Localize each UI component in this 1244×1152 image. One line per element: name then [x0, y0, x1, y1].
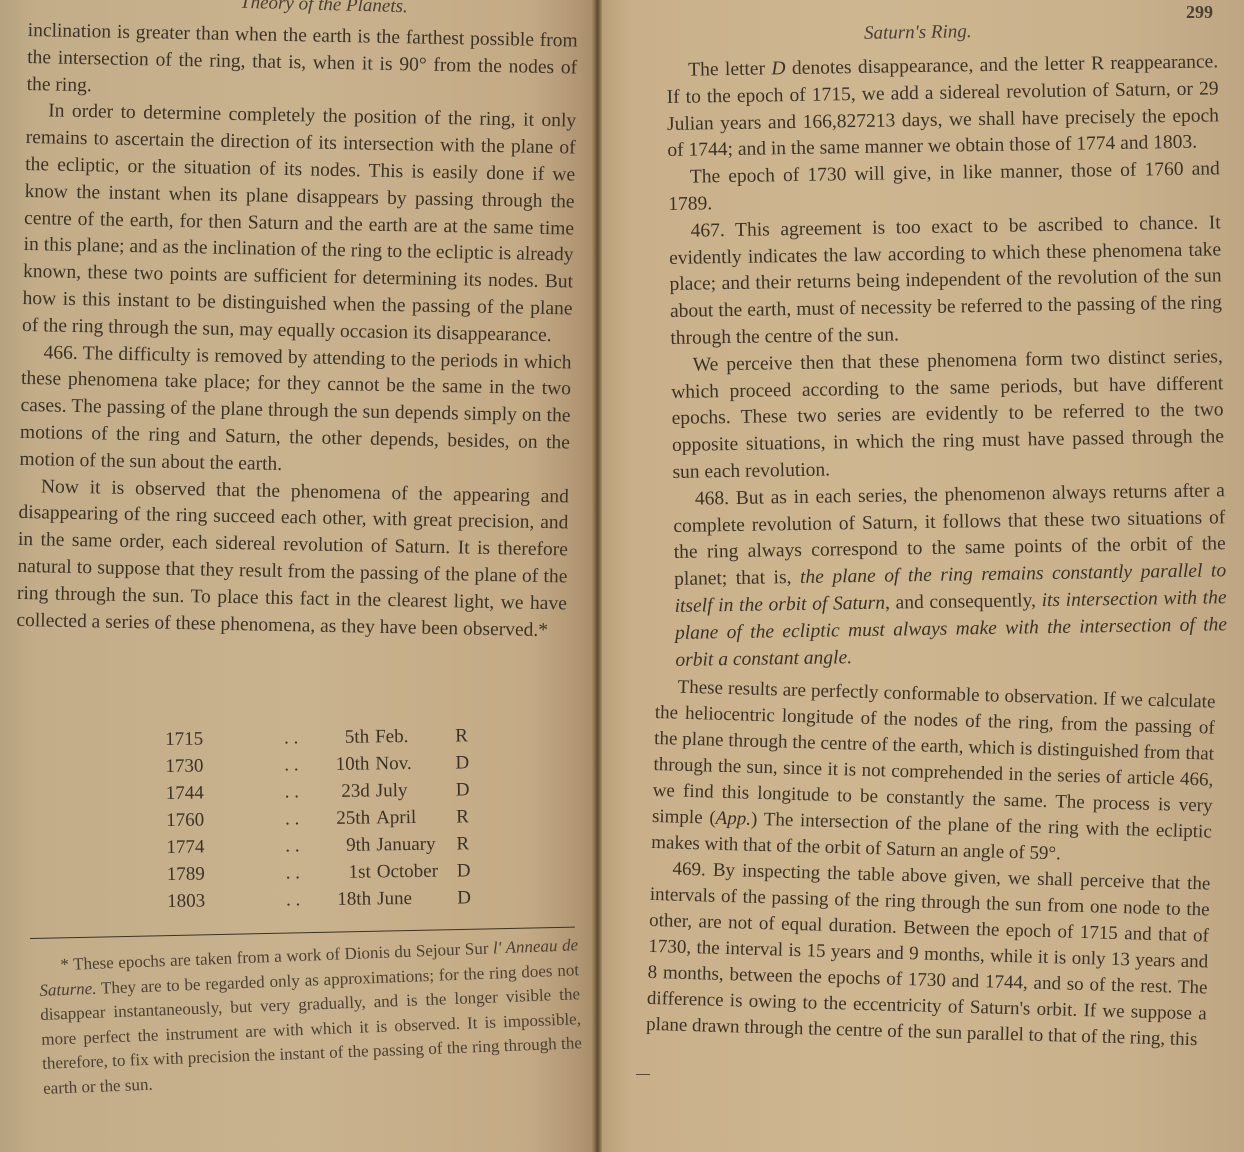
year-cell: 1715 — [165, 725, 265, 753]
month-cell: April — [376, 803, 456, 831]
day-cell: 1st — [319, 858, 377, 886]
table-row: 1760 . . 25th April R — [166, 803, 486, 834]
phenomenon-cell: D — [456, 776, 486, 803]
phenomenon-cell: D — [457, 857, 487, 884]
leader-dots: . . — [265, 751, 317, 779]
month-cell: October — [377, 857, 457, 885]
year-cell: 1774 — [166, 833, 266, 861]
leader-dots: . . — [265, 724, 317, 752]
right-body-text-lower: These results are perfectly conformable … — [646, 674, 1216, 1053]
paragraph-results: These results are perfectly conformable … — [651, 674, 1216, 872]
year-cell: 1789 — [167, 860, 267, 888]
table-row: 1730 . . 10th Nov. D — [165, 749, 485, 780]
paragraph-two-series: We perceive then that these phenomena fo… — [671, 344, 1225, 487]
italic-run: App. — [715, 808, 751, 830]
year-cell: 1803 — [167, 887, 267, 915]
footnote: * These epochs are taken from a work of … — [38, 933, 583, 1101]
day-cell: 5th — [317, 723, 375, 751]
paragraph-continued: inclination is greater than when the ear… — [26, 18, 577, 109]
phenomenon-cell: R — [456, 803, 486, 830]
left-body-text: inclination is greater than when the ear… — [16, 18, 578, 645]
phenomenon-cell: R — [455, 722, 485, 749]
leader-dots: . . — [267, 886, 319, 914]
month-cell: January — [376, 830, 456, 858]
month-cell: June — [377, 884, 457, 912]
book-spread: Theory of the Planets. inclination is gr… — [0, 0, 1244, 1152]
epoch-table: 1715 . . 5th Feb. R 1730 . . 10th Nov. D… — [165, 722, 487, 915]
leader-dots: . . — [266, 805, 318, 833]
table-row: 1715 . . 5th Feb. R — [165, 722, 485, 753]
day-cell: 10th — [317, 750, 375, 778]
paragraph-468: 468. But as in each series, the phenomen… — [673, 478, 1228, 674]
month-cell: July — [376, 776, 456, 804]
table-row: 1789 . . 1st October D — [167, 857, 487, 888]
paragraph-466: 466. The difficulty is removed by attend… — [19, 340, 571, 485]
day-cell: 23d — [318, 777, 376, 805]
leader-dots: . . — [266, 778, 318, 806]
right-body-text: The letter D denotes disappearance, and … — [666, 49, 1228, 674]
year-cell: 1744 — [166, 779, 266, 807]
text-run: , and consequently, — [885, 590, 1042, 613]
month-cell: Feb. — [375, 722, 455, 750]
book-gutter — [592, 0, 602, 1152]
phenomenon-cell: R — [456, 830, 486, 857]
paragraph-469: 469. By inspecting the table above given… — [646, 856, 1211, 1054]
margin-mark — [636, 1074, 650, 1075]
left-page: Theory of the Planets. inclination is gr… — [0, 0, 598, 1152]
text-run: These results are perfectly conformable … — [652, 677, 1216, 829]
text-run: The letter — [688, 58, 772, 80]
right-running-head: Saturn's Ring. — [864, 21, 972, 45]
month-cell: Nov. — [375, 749, 455, 777]
left-running-head: Theory of the Planets. — [240, 0, 408, 18]
day-cell: 9th — [318, 831, 376, 859]
paragraph-letter-key: The letter D denotes disappearance, and … — [666, 49, 1220, 165]
table-row: 1744 . . 23d July D — [166, 776, 486, 807]
paragraph-observation: Now it is observed that the phenomena of… — [16, 473, 569, 644]
phenomenon-cell: D — [455, 749, 485, 776]
right-page: Saturn's Ring. 299 The letter D denotes … — [600, 0, 1244, 1152]
day-cell: 18th — [319, 885, 377, 913]
leader-dots: . . — [266, 832, 318, 860]
footnote-text-end: They are to be regarded only as approxim… — [40, 960, 582, 1098]
table-row: 1803 . . 18th June D — [167, 884, 487, 915]
day-cell: 25th — [318, 804, 376, 832]
year-cell: 1760 — [166, 806, 266, 834]
paragraph-467: 467. This agreement is too exact to be a… — [669, 210, 1223, 353]
italic-run: D — [771, 58, 785, 79]
leader-dots: . . — [267, 859, 319, 887]
paragraph-epoch-1730: The epoch of 1730 will give, in like man… — [668, 157, 1221, 219]
phenomenon-cell: D — [457, 884, 487, 911]
paragraph-ring-position: In order to determine completely the pos… — [22, 98, 577, 350]
year-cell: 1730 — [165, 752, 265, 780]
page-number: 299 — [1186, 2, 1213, 23]
table-row: 1774 . . 9th January R — [166, 830, 486, 861]
